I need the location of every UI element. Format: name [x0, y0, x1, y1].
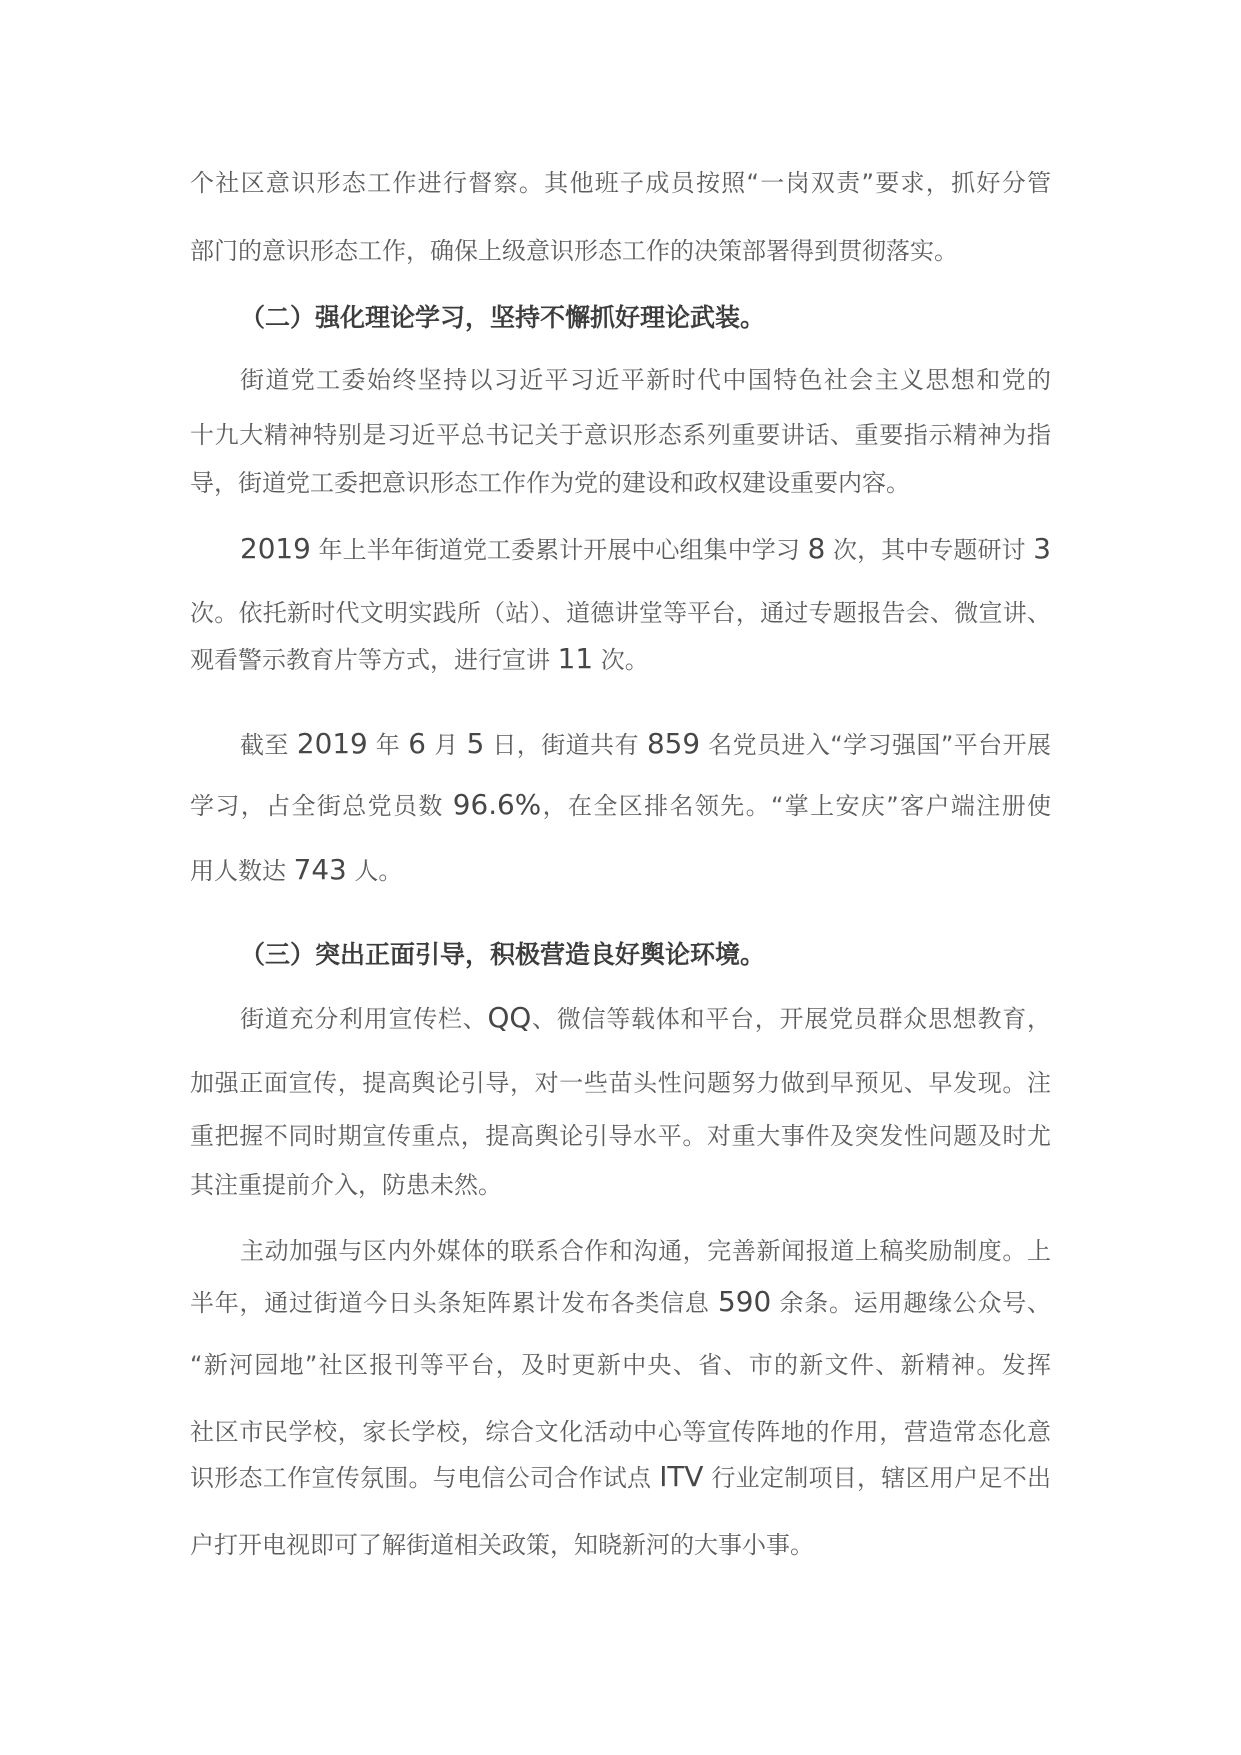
- text-line: 学习，占全街总党员数 96.6%，在全区排名领先。“掌上安庆”客户端注册使: [190, 788, 1051, 822]
- latin-numeral-run: QQ: [487, 1001, 531, 1034]
- text-line: “新河园地”社区报刊等平台，及时更新中央、省、市的新文件、新精神。发挥: [190, 1348, 1051, 1382]
- latin-numeral-run: 3: [1033, 532, 1051, 565]
- text-line: 2019 年上半年街道党工委累计开展中心组集中学习 8 次，其中专题研讨 3: [190, 532, 1051, 566]
- text-line: 户打开电视即可了解街道相关政策，知晓新河的大事小事。: [190, 1528, 1051, 1562]
- latin-numeral-run: 96.6%: [453, 788, 541, 821]
- text-line: 用人数达 743 人。: [190, 853, 1051, 887]
- text-line: 主动加强与区内外媒体的联系合作和沟通，完善新闻报道上稿奖励制度。上: [190, 1234, 1051, 1268]
- text-line: 观看警示教育片等方式，进行宣讲 11 次。: [190, 642, 1051, 676]
- latin-numeral-run: 11: [558, 642, 593, 675]
- section-heading: （二）强化理论学习，坚持不懈抓好理论武装。: [190, 301, 1051, 335]
- text-line: 街道充分利用宣传栏、QQ、微信等载体和平台，开展党员群众思想教育，: [190, 1001, 1051, 1035]
- text-line: 半年，通过街道今日头条矩阵累计发布各类信息 590 余条。运用趣缘公众号、: [190, 1285, 1051, 1319]
- text-line: 街道党工委始终坚持以习近平习近平新时代中国特色社会主义思想和党的: [190, 363, 1051, 397]
- text-line: 导，街道党工委把意识形态工作作为党的建设和政权建设重要内容。: [190, 466, 1051, 500]
- text-line: 个社区意识形态工作进行督察。其他班子成员按照“一岗双责”要求，抓好分管: [190, 166, 1051, 200]
- text-line: 其注重提前介入，防患未然。: [190, 1168, 1051, 1202]
- latin-numeral-run: 590: [718, 1285, 771, 1318]
- text-line: 部门的意识形态工作，确保上级意识形态工作的决策部署得到贯彻落实。: [190, 234, 1051, 268]
- latin-numeral-run: 5: [467, 727, 485, 760]
- latin-numeral-run: 2019: [240, 532, 311, 565]
- text-line: 次。依托新时代文明实践所（站）、道德讲堂等平台，通过专题报告会、微宣讲、: [190, 596, 1051, 630]
- text-line: 十九大精神特别是习近平总书记关于意识形态系列重要讲话、重要指示精神为指: [190, 418, 1051, 452]
- latin-numeral-run: 743: [294, 853, 347, 886]
- latin-numeral-run: ITV: [659, 1460, 703, 1493]
- text-line: 截至 2019 年 6 月 5 日，街道共有 859 名党员进入“学习强国”平台…: [190, 727, 1051, 761]
- section-heading: （三）突出正面引导，积极营造良好舆论环境。: [190, 938, 1051, 972]
- latin-numeral-run: 859: [647, 727, 700, 760]
- latin-numeral-run: 8: [808, 532, 826, 565]
- document-page: 个社区意识形态工作进行督察。其他班子成员按照“一岗双责”要求，抓好分管部门的意识…: [0, 0, 1241, 1755]
- text-line: 识形态工作宣传氛围。与电信公司合作试点 ITV 行业定制项目，辖区用户足不出: [190, 1460, 1051, 1494]
- text-line: 重把握不同时期宣传重点，提高舆论引导水平。对重大事件及突发性问题及时尤: [190, 1119, 1051, 1153]
- text-line: 社区市民学校，家长学校，综合文化活动中心等宣传阵地的作用，营造常态化意: [190, 1415, 1051, 1449]
- text-line: 加强正面宣传，提高舆论引导，对一些苗头性问题努力做到早预见、早发现。注: [190, 1066, 1051, 1100]
- latin-numeral-run: 2019: [297, 727, 368, 760]
- latin-numeral-run: 6: [408, 727, 426, 760]
